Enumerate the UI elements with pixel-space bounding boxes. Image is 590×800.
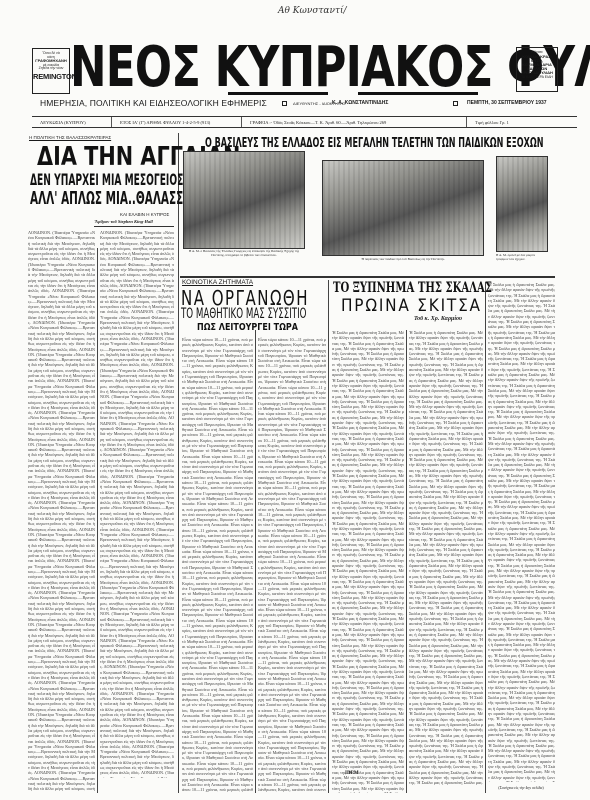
location: ΛΕΥΚΩΣΙΑ (ΚΥΠΡΟΥ) (32, 117, 112, 127)
handwritten-signature: Αθ Κωνσταντί/ (278, 6, 347, 16)
photo-king-signing (183, 151, 305, 249)
photo-caption-3: Η Α. Μ. ὁμιλεῖ μὲ ἕνα μικρὸν τρόφιμον τῶ… (496, 254, 548, 262)
publisher-name: Κ. Α. ΚΩΝΣΤΑΝΤΙΝΙΔΗΣ (332, 100, 388, 106)
england-attribution: Ἄρθρον τοῦ Stephen King-Hall (95, 219, 153, 224)
community-body-col1: Εἶναι τώρα κάπου 10—11 χρόνια, ποὺ μερικ… (182, 337, 253, 793)
issue-number: ΕΤΟΣ ΙΑ' (Γ') ΑΡΙΘΜ. ΦΥΛΛΟΥ 1-4-2-5-9 (9… (112, 117, 242, 127)
england-body-col2: ΛΟΝΔΙΝΟΝ. (Ἰδιαιτέρα Ὑπηρεσία «Νέου Κυπρ… (100, 230, 174, 778)
sketches-kicker: ΤΟ ΞΥΠΝΗΜΑ ΤΗΣ ΣΚΑΛΑΣ (333, 281, 492, 295)
photo-caption-1: Η Α. Μ. ὁ Βασιλεὺς τῆς Ἑλλάδος Γεώργιος … (183, 250, 305, 258)
column-rule (328, 280, 329, 793)
column-rule (97, 248, 98, 793)
section-rule (180, 276, 555, 278)
column-rule (255, 330, 256, 793)
england-body-col1: ΛΟΝΔΙΝΟΝ. (Ἰδιαιτέρα Ὑπηρεσία «Νέου Κυπρ… (28, 230, 95, 792)
community-body-col2: Εἶναι τώρα κάπου 10—11 χρόνια, ποὺ μερικ… (258, 337, 326, 793)
column-rule (178, 133, 179, 793)
remington-ad: Ὅσοι δὲ νὰ κάνη ΓΡΑΦΟΜΗΧΑΝΗ μὲ ευκολία Ζ… (32, 48, 70, 94)
sketches-body-col1: Ἡ Σκάλα μας ἡ ὥραιοτάτη Σκάλα μας. Μὲ τὴ… (332, 330, 404, 793)
newspaper-subtitle: ΗΜΕΡΗΣΙΑ, ΠΟΛΙΤΙΚΗ ΚΑΙ ΕΙΔΗΣΕΟΛΟΓΙΚΗ ΕΦΗ… (40, 98, 267, 108)
column-rule (406, 330, 407, 793)
masthead-rule (358, 92, 478, 95)
ornament-icon (453, 101, 458, 106)
king-headline: Ο ΒΑΣΙΛΕΥΣ ΤΗΣ ΕΛΛΑΔΟΣ ΕΙΣ ΜΕΓΑΛΗΝ ΤΕΛΕΤ… (205, 137, 543, 150)
sketches-byline: Τοῦ κ. Χρ. Καρμίου (414, 316, 462, 322)
community-kicker: ΚΟΙΝΟΤΙΚΑ ΖΗΤΗΜΑΤΑ (182, 279, 253, 286)
masthead-title: ΝΕΟΣ ΚΥΠΡΙΑΚΟΣ ΦΥΛΑΞ (70, 38, 418, 98)
masthead-rule (228, 92, 328, 95)
rule (94, 226, 174, 227)
issue-date: ΠΕΜΠΤΗ, 30 ΣΕΠΤΕΜΒΡΙΟΥ 1937 (467, 100, 547, 106)
england-headline-2: ΔΕΝ ΥΠΑΡΧΕΙ ΜΙΑ ΜΕΣΟΓΕΙΟΣ (30, 172, 183, 188)
column-rule (485, 282, 486, 793)
price: Τιμὴ φύλλου Γρ. 1 (467, 117, 577, 127)
photo-caption-2: Ἡ παρέλασις τῶν παιδιῶν πρὸ τοῦ Βασιλέως… (322, 258, 484, 262)
sketches-body-col3: Ἡ Σκάλα μας ἡ ὥραιοτάτη Σκάλα μας. Μὲ τὴ… (488, 282, 555, 782)
subtitle-row: ΗΜΕΡΗΣΙΑ, ΠΟΛΙΤΙΚΗ ΚΑΙ ΕΙΔΗΣΕΟΛΟΓΙΚΗ ΕΦΗ… (40, 99, 580, 109)
sketches-body-col2: Ἡ Σκάλα μας ἡ ὥραιοτάτη Σκάλα μας. Μὲ τὴ… (409, 330, 483, 785)
cognac-ad: Κλίνατε ΚΟΝΙΑΚ, ΚΡΑΣΙ ΟΥΖΟ, ΚΟΥΜΑΝΔΑΡΙΑ … (516, 47, 558, 92)
community-headline-2: ΤΟ ΜΑΘΗΤΙΚΟ ΜΑΣ ΣΥΣΣΙΤΙΟ (181, 307, 307, 321)
ornament-icon (282, 101, 287, 106)
photo-king-child (496, 156, 548, 252)
england-deck: ΚΑΙ ΕΛΑΒΙΝ Η ΚΥΠΡΟΣ (120, 212, 169, 217)
england-kicker: Η ΠΟΛΙΤΙΚΗ ΤΗΣ ΘΑΛΑΣΣΟΚΡΑΤΕΙΡΑΣ (29, 135, 111, 140)
offices-address: ΓΡΑΦΕΙΑ :- Ὁδὸς Στοᾶς Κόκκου—Τ. Κ. Ἀριθ.… (242, 117, 467, 127)
photo-parade (322, 160, 484, 256)
remington-brand: REMINGTON (33, 73, 69, 81)
community-headline: ΝΑ ΟΡΓΑΝΩΘΗ (181, 288, 309, 308)
sketches-headline: ΠΡΩΙΝΑ ΣΚΙΤΣΑ (341, 298, 482, 315)
england-headline-3: ΑΛΛ' ΑΠΛΩΣ ΜΙΑ..ΘΑΛΑΣΣΑ (30, 190, 191, 208)
info-bar: ΛΕΥΚΩΣΙΑ (ΚΥΠΡΟΥ) ΕΤΟΣ ΙΑ' (Γ') ΑΡΙΘΜ. Φ… (32, 116, 577, 128)
continued-note: (Συνέχεια εἰς τὴν 4ην σελίδα) (486, 786, 556, 791)
community-headline-3: ΠΩΣ ΛΕΙΤΟΥΡΓΕΙ ΤΩΡΑ (197, 323, 298, 333)
